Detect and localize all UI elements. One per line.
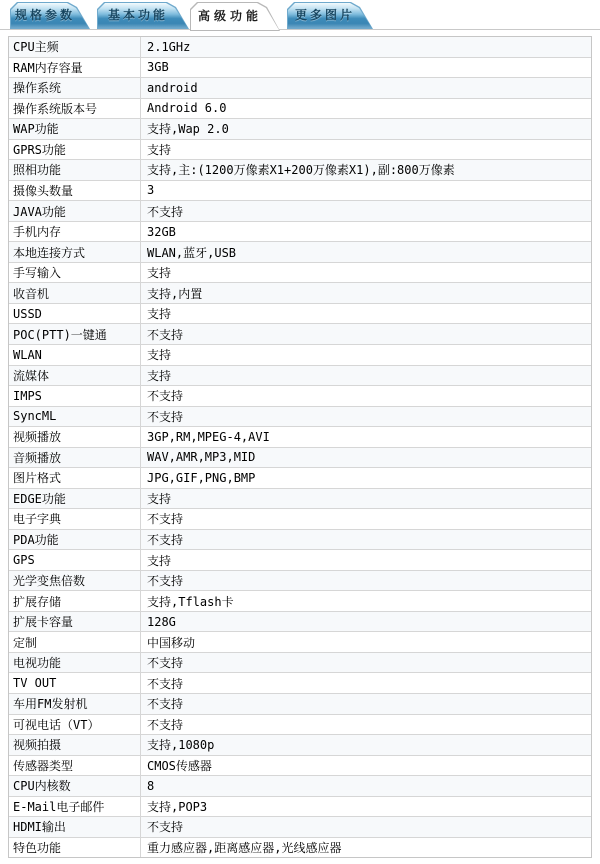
table-row: 收音机支持,内置: [9, 282, 591, 303]
spec-label: 照相功能: [9, 160, 141, 180]
spec-value: 支持: [141, 304, 591, 324]
spec-value: 3: [141, 181, 591, 201]
spec-value: 3GP,RM,MPEG-4,AVI: [141, 427, 591, 447]
table-row: 扩展存储支持,Tflash卡: [9, 590, 591, 611]
table-row: JAVA功能不支持: [9, 200, 591, 221]
spec-value: 不支持: [141, 509, 591, 529]
spec-value: 不支持: [141, 386, 591, 406]
table-row: WLAN支持: [9, 344, 591, 365]
tab-more-images[interactable]: 更多图片: [287, 2, 373, 29]
spec-label: 收音机: [9, 283, 141, 303]
spec-label: 手机内存: [9, 222, 141, 242]
table-row: 视频播放3GP,RM,MPEG-4,AVI: [9, 426, 591, 447]
advanced-functions-panel: CPU主频2.1GHzRAM内存容量3GB操作系统android操作系统版本号A…: [0, 30, 600, 858]
table-row: TV OUT不支持: [9, 672, 591, 693]
table-row: HDMI输出不支持: [9, 816, 591, 837]
spec-label: 手写输入: [9, 263, 141, 283]
tab-bar: 规格参数 基本功能 高级功能 更多图片: [0, 0, 600, 30]
table-row: CPU主频2.1GHz: [9, 37, 591, 57]
tab-label: 更多图片: [287, 2, 373, 29]
tab-basic-functions[interactable]: 基本功能: [97, 2, 189, 29]
spec-value: 不支持: [141, 530, 591, 550]
table-row: 音频播放WAV,AMR,MP3,MID: [9, 447, 591, 468]
spec-table: CPU主频2.1GHzRAM内存容量3GB操作系统android操作系统版本号A…: [8, 36, 592, 858]
spec-value: 支持,主:(1200万像素X1+200万像素X1),副:800万像素: [141, 160, 591, 180]
spec-label: CPU内核数: [9, 776, 141, 796]
spec-label: HDMI输出: [9, 817, 141, 837]
spec-value: Android 6.0: [141, 99, 591, 119]
table-row: GPS支持: [9, 549, 591, 570]
spec-value: 支持: [141, 366, 591, 386]
spec-label: 图片格式: [9, 468, 141, 488]
spec-label: 特色功能: [9, 838, 141, 858]
spec-value: 不支持: [141, 715, 591, 735]
spec-value: 不支持: [141, 653, 591, 673]
table-row: IMPS不支持: [9, 385, 591, 406]
table-row: POC(PTT)一键通不支持: [9, 323, 591, 344]
spec-value: WLAN,蓝牙,USB: [141, 242, 591, 262]
spec-label: TV OUT: [9, 673, 141, 693]
spec-value: 支持,1080p: [141, 735, 591, 755]
spec-label: 电子字典: [9, 509, 141, 529]
table-row: 电视功能不支持: [9, 652, 591, 673]
table-row: 图片格式JPG,GIF,PNG,BMP: [9, 467, 591, 488]
spec-value: 支持,Tflash卡: [141, 591, 591, 611]
spec-value: 支持,Wap 2.0: [141, 119, 591, 139]
content-top-border: [0, 29, 600, 30]
spec-label: E-Mail电子邮件: [9, 797, 141, 817]
spec-value: CMOS传感器: [141, 756, 591, 776]
spec-value: 8: [141, 776, 591, 796]
table-row: PDA功能不支持: [9, 529, 591, 550]
spec-label: GPS: [9, 550, 141, 570]
table-row: 操作系统版本号Android 6.0: [9, 98, 591, 119]
spec-label: JAVA功能: [9, 201, 141, 221]
spec-value: 中国移动: [141, 632, 591, 652]
spec-label: 流媒体: [9, 366, 141, 386]
table-row: SyncML不支持: [9, 406, 591, 427]
tab-label: 高级功能: [190, 2, 280, 31]
spec-value: 不支持: [141, 817, 591, 837]
table-row: GPRS功能支持: [9, 139, 591, 160]
spec-value: 32GB: [141, 222, 591, 242]
table-row: 视频拍摄支持,1080p: [9, 734, 591, 755]
spec-value: 2.1GHz: [141, 37, 591, 57]
table-row: 可视电话（VT）不支持: [9, 714, 591, 735]
spec-label: CPU主频: [9, 37, 141, 57]
spec-value: JPG,GIF,PNG,BMP: [141, 468, 591, 488]
spec-label: 音频播放: [9, 448, 141, 468]
spec-label: 扩展卡容量: [9, 612, 141, 632]
table-row: 扩展卡容量128G: [9, 611, 591, 632]
table-row: 光学变焦倍数不支持: [9, 570, 591, 591]
spec-value: 支持: [141, 489, 591, 509]
table-row: 定制中国移动: [9, 631, 591, 652]
spec-label: SyncML: [9, 407, 141, 427]
spec-label: EDGE功能: [9, 489, 141, 509]
spec-value: 支持,内置: [141, 283, 591, 303]
spec-label: 传感器类型: [9, 756, 141, 776]
spec-label: 视频拍摄: [9, 735, 141, 755]
spec-value: 3GB: [141, 58, 591, 78]
table-row: 手机内存32GB: [9, 221, 591, 242]
spec-value: 支持: [141, 263, 591, 283]
spec-value: android: [141, 78, 591, 98]
table-row: 传感器类型CMOS传感器: [9, 755, 591, 776]
table-row: USSD支持: [9, 303, 591, 324]
spec-label: 扩展存储: [9, 591, 141, 611]
table-row: 电子字典不支持: [9, 508, 591, 529]
table-row: 特色功能重力感应器,距离感应器,光线感应器: [9, 837, 591, 858]
spec-label: 光学变焦倍数: [9, 571, 141, 591]
spec-value: 不支持: [141, 407, 591, 427]
tab-label: 基本功能: [97, 2, 189, 29]
tab-advanced-functions[interactable]: 高级功能: [190, 2, 280, 31]
spec-label: 车用FM发射机: [9, 694, 141, 714]
table-row: EDGE功能支持: [9, 488, 591, 509]
spec-label: IMPS: [9, 386, 141, 406]
spec-label: 操作系统版本号: [9, 99, 141, 119]
table-row: WAP功能支持,Wap 2.0: [9, 118, 591, 139]
spec-label: 电视功能: [9, 653, 141, 673]
spec-label: 操作系统: [9, 78, 141, 98]
spec-value: 不支持: [141, 673, 591, 693]
spec-label: 可视电话（VT）: [9, 715, 141, 735]
spec-label: 定制: [9, 632, 141, 652]
spec-label: 视频播放: [9, 427, 141, 447]
spec-value: 不支持: [141, 694, 591, 714]
spec-value: 支持: [141, 550, 591, 570]
spec-value: 不支持: [141, 201, 591, 221]
spec-label: PDA功能: [9, 530, 141, 550]
table-row: 手写输入支持: [9, 262, 591, 283]
spec-value: 不支持: [141, 571, 591, 591]
table-row: CPU内核数8: [9, 775, 591, 796]
spec-label: 摄像头数量: [9, 181, 141, 201]
spec-value: WAV,AMR,MP3,MID: [141, 448, 591, 468]
spec-label: USSD: [9, 304, 141, 324]
spec-label: 本地连接方式: [9, 242, 141, 262]
table-row: 操作系统android: [9, 77, 591, 98]
table-row: 流媒体支持: [9, 365, 591, 386]
table-row: 摄像头数量3: [9, 180, 591, 201]
table-row: E-Mail电子邮件支持,POP3: [9, 796, 591, 817]
table-row: 照相功能支持,主:(1200万像素X1+200万像素X1),副:800万像素: [9, 159, 591, 180]
table-row: 本地连接方式WLAN,蓝牙,USB: [9, 241, 591, 262]
spec-value: 支持: [141, 140, 591, 160]
spec-value: 重力感应器,距离感应器,光线感应器: [141, 838, 591, 858]
tab-label: 规格参数: [10, 2, 90, 29]
spec-label: RAM内存容量: [9, 58, 141, 78]
spec-value: 不支持: [141, 324, 591, 344]
spec-label: WAP功能: [9, 119, 141, 139]
spec-label: WLAN: [9, 345, 141, 365]
tab-specs[interactable]: 规格参数: [10, 2, 90, 29]
spec-value: 支持,POP3: [141, 797, 591, 817]
table-row: RAM内存容量3GB: [9, 57, 591, 78]
table-row: 车用FM发射机不支持: [9, 693, 591, 714]
spec-value: 支持: [141, 345, 591, 365]
spec-label: GPRS功能: [9, 140, 141, 160]
spec-label: POC(PTT)一键通: [9, 324, 141, 344]
spec-value: 128G: [141, 612, 591, 632]
